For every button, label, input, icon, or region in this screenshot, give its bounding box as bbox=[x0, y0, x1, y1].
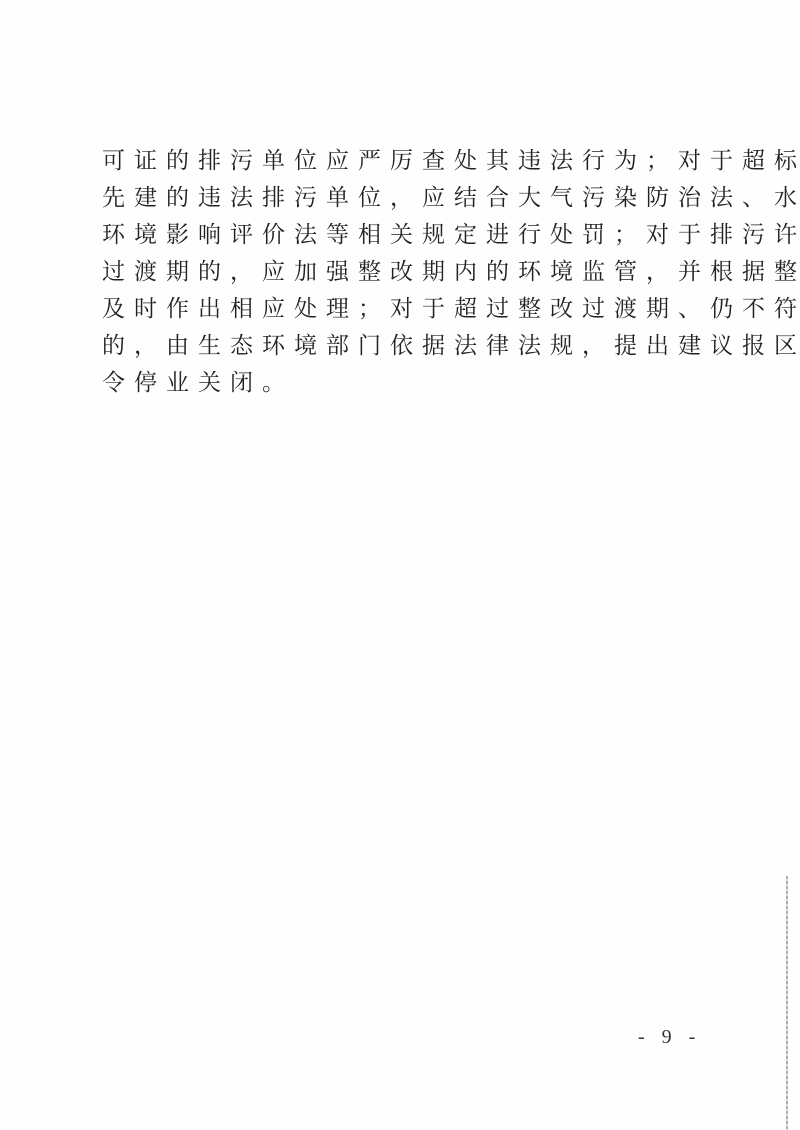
text-line: 的，由生态环境部门依据法律法规，提出建议报区政府批准责 bbox=[102, 328, 684, 365]
text-line: 及时作出相应处理；对于超过整改过渡期、仍不符合许可条件 bbox=[102, 291, 684, 328]
body-paragraph: 可证的排污单位应严厉查处其违法行为；对于超标排放、未批 先建的违法排污单位，应结… bbox=[102, 143, 684, 402]
document-page: 可证的排污单位应严厉查处其违法行为；对于超标排放、未批 先建的违法排污单位，应结… bbox=[0, 0, 800, 1130]
text-line: 环境影响评价法等相关规定进行处罚；对于排污许可给予整改 bbox=[102, 217, 684, 254]
scan-edge-artifact bbox=[786, 876, 788, 1130]
text-line: 可证的排污单位应严厉查处其违法行为；对于超标排放、未批 bbox=[102, 143, 684, 180]
text-line: 令停业关闭。 bbox=[102, 365, 684, 402]
page-number: - 9 - bbox=[638, 1026, 701, 1049]
text-line: 先建的违法排污单位，应结合大气污染防治法、水污染防治法、 bbox=[102, 180, 684, 217]
text-line: 过渡期的，应加强整改期内的环境监管，并根据整改完成情况 bbox=[102, 254, 684, 291]
